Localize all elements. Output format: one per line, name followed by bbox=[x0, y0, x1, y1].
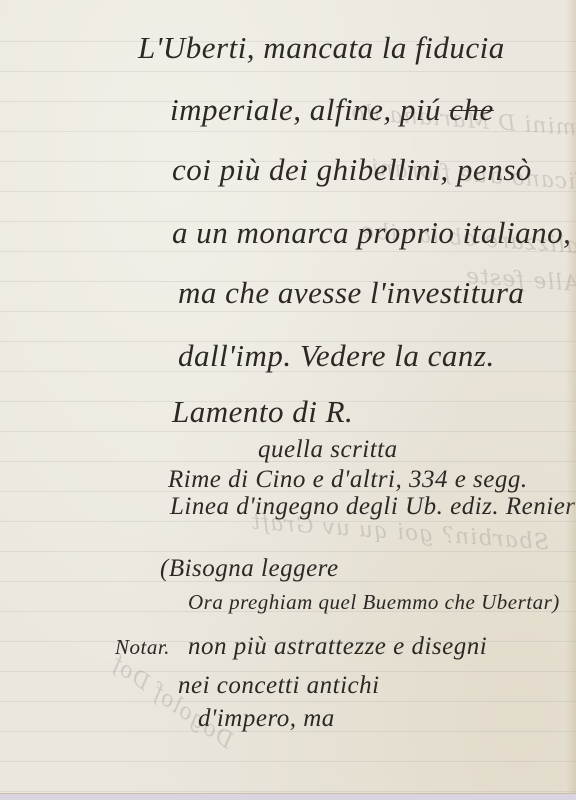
manuscript-line: ma che avesse l'investitura bbox=[178, 275, 524, 311]
manuscript-line: L'Uberti, mancata la fiducia bbox=[138, 30, 505, 66]
manuscript-line: dall'imp. Vedere la canz. bbox=[178, 338, 495, 374]
manuscript-line: non più astrattezze e disegni bbox=[188, 633, 487, 661]
marginal-note: Notar. bbox=[115, 635, 170, 660]
manuscript-line: nei concetti antichi bbox=[178, 672, 380, 700]
struck-text: che bbox=[449, 92, 494, 127]
manuscript-page: Cinamini D Mariana ilo beneficano due fi… bbox=[0, 0, 576, 800]
manuscript-line: imperiale, alfine, piú che bbox=[170, 92, 494, 128]
manuscript-heading: Lamento di R. bbox=[172, 394, 353, 430]
manuscript-line: d'impero, ma bbox=[198, 705, 335, 733]
manuscript-line: quella scritta bbox=[258, 436, 398, 464]
manuscript-line: (Bisogna leggere bbox=[160, 555, 339, 583]
paper-edge-shadow bbox=[566, 0, 576, 800]
manuscript-line: Linea d'ingegno degli Ub. ediz. Renier 9… bbox=[170, 493, 576, 521]
paper-bottom-edge bbox=[0, 793, 576, 800]
manuscript-text: imperiale, alfine, piú bbox=[170, 92, 449, 127]
manuscript-line: a un monarca proprio italiano, bbox=[172, 215, 571, 251]
manuscript-line: coi più dei ghibellini, pensò bbox=[172, 152, 532, 188]
manuscript-line: Rime di Cino e d'altri, 334 e segg. bbox=[168, 466, 528, 494]
manuscript-line: Ora preghiam quel Buemmo che Ubertar) bbox=[188, 590, 560, 615]
